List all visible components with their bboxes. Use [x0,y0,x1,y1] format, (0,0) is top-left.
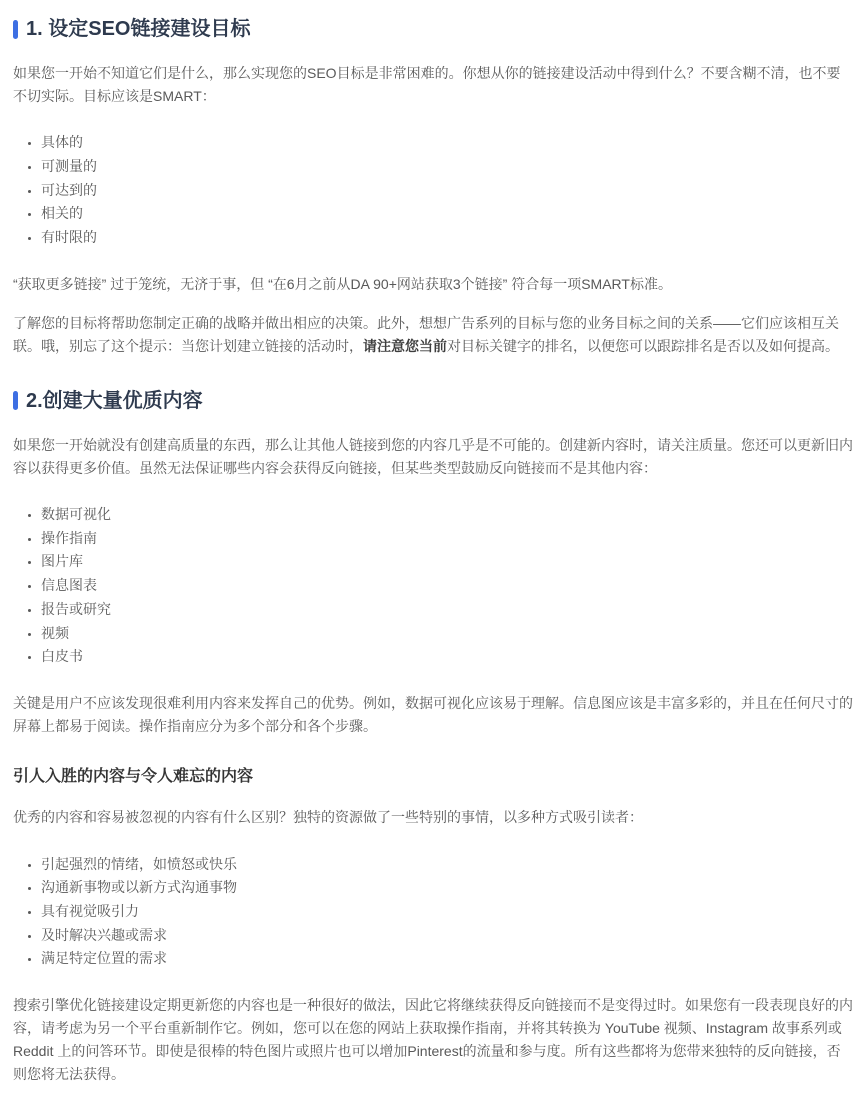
list-item: 可测量的 [41,156,853,178]
list-item: 可达到的 [41,180,853,202]
list-item: 沟通新事物或以新方式沟通事物 [41,877,853,899]
engaging-intro-paragraph: 优秀的内容和容易被忽视的内容有什么区别？独特的资源做了一些特别的事情，以多种方式… [13,806,853,829]
section-1-heading: 1. 设定SEO链接建设目标 [13,16,853,42]
section-2-intro-paragraph: 如果您一开始就没有创建高质量的东西，那么让其他人链接到您的内容几乎是不可能的。创… [13,434,853,480]
list-item: 引起强烈的情绪，如愤怒或快乐 [41,854,853,876]
list-item: 相关的 [41,203,853,225]
list-item: 报告或研究 [41,599,853,621]
content-traits-list: 引起强烈的情绪，如愤怒或快乐 沟通新事物或以新方式沟通事物 具有视觉吸引力 及时… [13,854,853,970]
list-item: 视频 [41,623,853,645]
list-item: 具体的 [41,132,853,154]
goal-strategy-paragraph: 了解您的目标将帮助您制定正确的战略并做出相应的决策。此外，想想广告系列的目标与您… [13,312,853,358]
list-item: 有时限的 [41,227,853,249]
list-item: 具有视觉吸引力 [41,901,853,923]
list-item: 数据可视化 [41,504,853,526]
article: 1. 设定SEO链接建设目标 如果您一开始不知道它们是什么，那么实现您的SEO目… [0,0,867,1112]
closing-paragraph: 搜索引擎优化链接建设定期更新您的内容也是一种很好的做法，因此它将继续获得反向链接… [13,994,853,1086]
accent-bar-icon [13,20,18,39]
usability-paragraph: 关键是用户不应该发现很难利用内容来发挥自己的优势。例如，数据可视化应该易于理解。… [13,692,853,738]
section-2-heading: 2.创建大量优质内容 [13,388,853,414]
section-2-heading-text: 2.创建大量优质内容 [26,388,203,414]
list-item: 白皮书 [41,646,853,668]
goal-paragraph-emphasis: 请注意您当前 [363,338,447,354]
list-item: 满足特定位置的需求 [41,948,853,970]
goal-paragraph-tail: 对目标关键字的排名，以便您可以跟踪排名是否以及如何提高。 [447,338,839,354]
list-item: 及时解决兴趣或需求 [41,925,853,947]
content-types-list: 数据可视化 操作指南 图片库 信息图表 报告或研究 视频 白皮书 [13,504,853,668]
smart-example-paragraph: “获取更多链接” 过于笼统，无济于事，但 “在6月之前从DA 90+网站获取3个… [13,273,853,296]
section-1-heading-text: 1. 设定SEO链接建设目标 [26,16,250,42]
list-item: 信息图表 [41,575,853,597]
smart-criteria-list: 具体的 可测量的 可达到的 相关的 有时限的 [13,132,853,248]
list-item: 操作指南 [41,528,853,550]
list-item: 图片库 [41,551,853,573]
engaging-content-subheading: 引人入胜的内容与令人难忘的内容 [13,766,853,788]
accent-bar-icon [13,391,18,410]
section-1-intro-paragraph: 如果您一开始不知道它们是什么，那么实现您的SEO目标是非常困难的。你想从你的链接… [13,62,853,108]
